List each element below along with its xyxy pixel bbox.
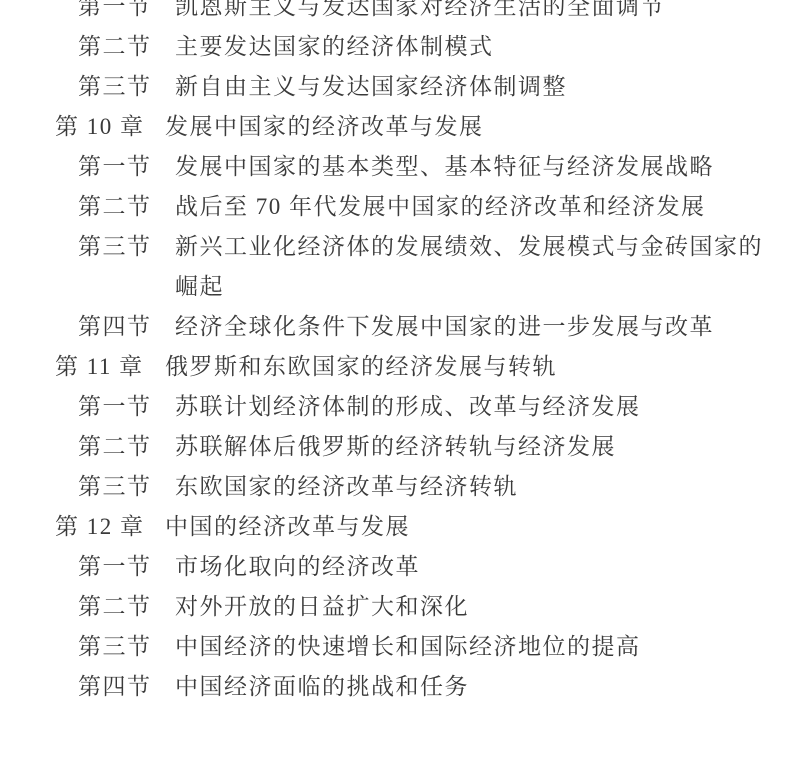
toc-row: 第三节 中国经济的快速增长和国际经济地位的提高: [0, 627, 790, 667]
toc-row-chapter-11: 第 11 章 俄罗斯和东欧国家的经济发展与转轨: [0, 347, 790, 387]
toc-row: 第一节 发展中国家的基本类型、基本特征与经济发展战略: [0, 147, 790, 187]
toc-entry-label: 第一节: [78, 0, 175, 27]
toc-entry-label: 第二节: [78, 587, 175, 627]
toc-entry-title: 东欧国家的经济改革与经济转轨: [175, 467, 518, 507]
toc-entry-title: 中国经济的快速增长和国际经济地位的提高: [175, 627, 641, 667]
toc-row: 第一节 市场化取向的经济改革: [0, 547, 790, 587]
toc-entry-label: 第四节: [78, 667, 175, 707]
toc-row: 第二节 苏联解体后俄罗斯的经济转轨与经济发展: [0, 427, 790, 467]
toc-entry-label: 第二节: [78, 427, 175, 467]
toc-entry-label: 第 11 章: [55, 347, 165, 387]
toc-row: 第二节 战后至 70 年代发展中国家的经济改革和经济发展: [0, 187, 790, 227]
toc-entry-title: 发展中国家的基本类型、基本特征与经济发展战略: [175, 147, 714, 187]
toc-entry-label: 第三节: [78, 467, 175, 507]
toc-row: 第四节 经济全球化条件下发展中国家的进一步发展与改革: [0, 307, 790, 347]
toc-row: 第四节 中国经济面临的挑战和任务: [0, 667, 790, 707]
toc-entry-label: 第二节: [78, 27, 175, 67]
toc-row: 第一节 苏联计划经济体制的形成、改革与经济发展: [0, 387, 790, 427]
toc-row: 第一节 凯恩斯主义与发达国家对经济生活的全面调节: [0, 0, 790, 27]
toc-entry-label: 第四节: [78, 307, 175, 347]
toc-entry-label: 第二节: [78, 187, 175, 227]
toc-entry-title: 经济全球化条件下发展中国家的进一步发展与改革: [175, 307, 714, 347]
toc-row: 第二节 主要发达国家的经济体制模式: [0, 27, 790, 67]
toc-entry-label: 第一节: [78, 547, 175, 587]
toc-entry-title: 中国的经济改革与发展: [165, 507, 410, 547]
toc-entry-label: 第 12 章: [55, 507, 165, 547]
toc-entry-title: 战后至 70 年代发展中国家的经济改革和经济发展: [175, 187, 706, 227]
toc-row: 第三节 新自由主义与发达国家经济体制调整: [0, 67, 790, 107]
toc-entry-title: 凯恩斯主义与发达国家对经济生活的全面调节: [175, 0, 665, 27]
toc-entry-label: 第 10 章: [55, 107, 165, 147]
toc-entry-label: 第三节: [78, 227, 175, 267]
toc-row: 第三节 东欧国家的经济改革与经济转轨: [0, 467, 790, 507]
toc-entry-title: 中国经济面临的挑战和任务: [175, 667, 469, 707]
toc-entry-title: 俄罗斯和东欧国家的经济发展与转轨: [165, 347, 557, 387]
toc-entry-label: 第三节: [78, 67, 175, 107]
toc-row: 第三节 新兴工业化经济体的发展绩效、发展模式与金砖国家的 崛起: [0, 227, 790, 307]
toc-row-chapter-12: 第 12 章 中国的经济改革与发展: [0, 507, 790, 547]
toc-entry-label: 第一节: [78, 387, 175, 427]
toc-entry-title: 苏联解体后俄罗斯的经济转轨与经济发展: [175, 427, 616, 467]
toc-row: 第二节 对外开放的日益扩大和深化: [0, 587, 790, 627]
toc-entry-title: 新自由主义与发达国家经济体制调整: [175, 67, 567, 107]
toc-entry-label: 第三节: [78, 627, 175, 667]
toc-entry-title: 新兴工业化经济体的发展绩效、发展模式与金砖国家的 崛起: [175, 227, 763, 307]
toc-entry-title: 苏联计划经济体制的形成、改革与经济发展: [175, 387, 641, 427]
toc-entry-title: 主要发达国家的经济体制模式: [175, 27, 494, 67]
toc-entry-title: 市场化取向的经济改革: [175, 547, 420, 587]
toc-entry-title: 对外开放的日益扩大和深化: [175, 587, 469, 627]
table-of-contents: 第一节 凯恩斯主义与发达国家对经济生活的全面调节 第二节 主要发达国家的经济体制…: [0, 0, 790, 707]
toc-row-chapter-10: 第 10 章 发展中国家的经济改革与发展: [0, 107, 790, 147]
toc-entry-title: 发展中国家的经济改革与发展: [165, 107, 484, 147]
toc-entry-label: 第一节: [78, 147, 175, 187]
